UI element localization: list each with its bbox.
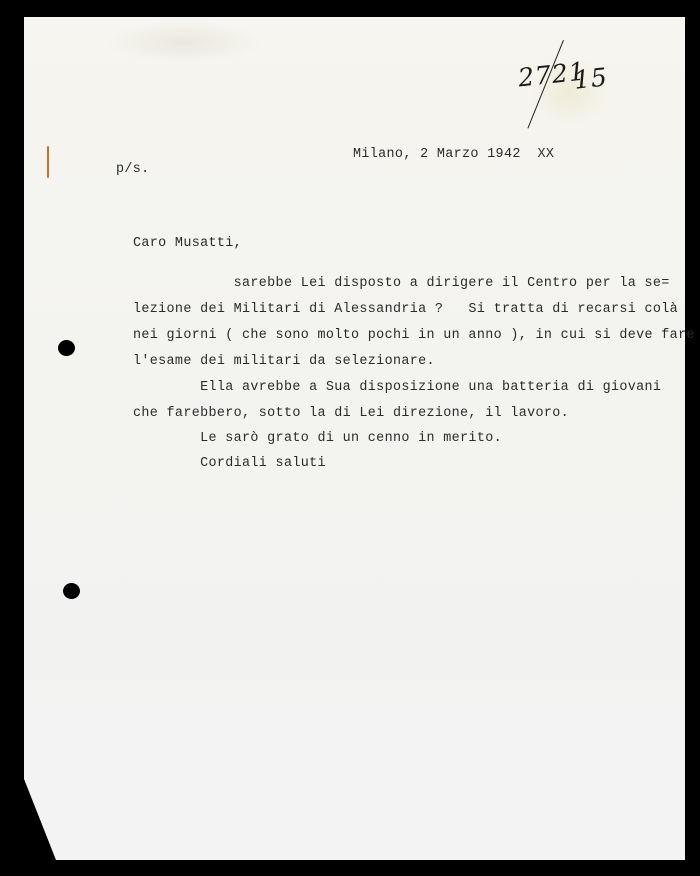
protocol-suffix: 15: [573, 62, 610, 94]
salutation: Caro Musatti,: [133, 237, 242, 250]
punch-hole-top: [58, 340, 75, 356]
body-line: nei giorni ( che sono molto pochi in un …: [133, 329, 695, 342]
body-line: che farebbero, sotto la di Lei direzione…: [133, 407, 569, 420]
body-line: l'esame dei militari da selezionare.: [133, 355, 435, 368]
reference-initials: p/s.: [116, 163, 150, 176]
margin-mark: [47, 146, 49, 178]
punch-hole-bottom: [63, 583, 80, 599]
place-date: Milano, 2 Marzo 1942 XX: [353, 148, 554, 161]
body-line: Ella avrebbe a Sua disposizione una batt…: [133, 381, 661, 394]
closing: Cordiali saluti: [133, 457, 326, 470]
body-line: lezione dei Militari di Alessandria ? Si…: [133, 303, 678, 316]
body-line: Le sarò grato di un cenno in merito.: [133, 432, 502, 445]
body-line: sarebbe Lei disposto a dirigere il Centr…: [133, 277, 670, 290]
